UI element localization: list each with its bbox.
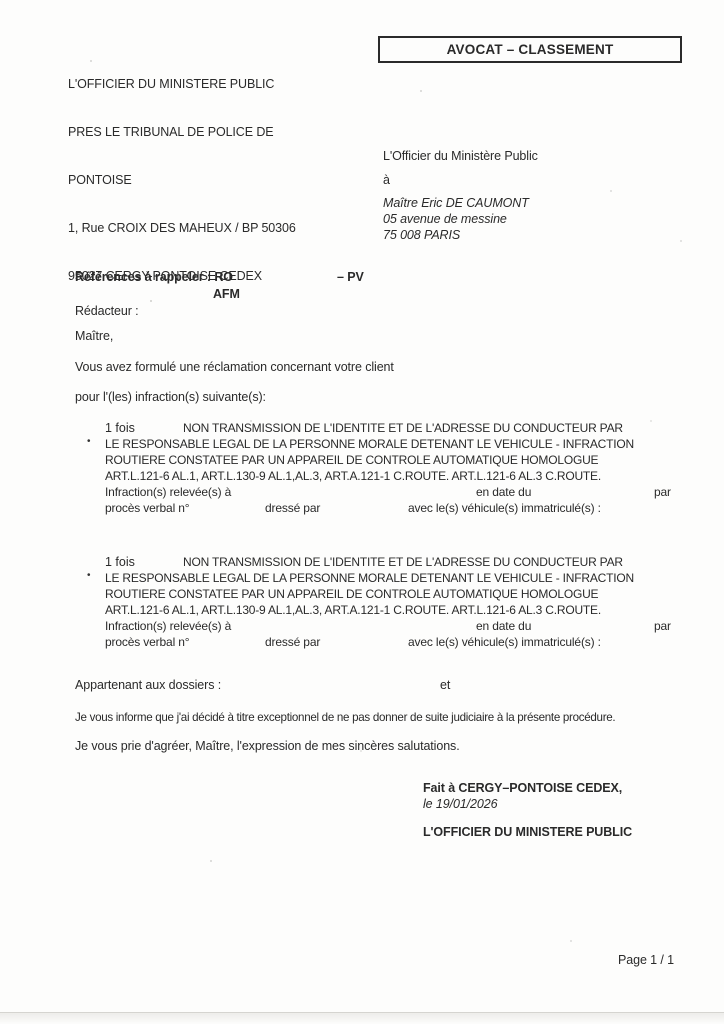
sender-line: PONTOISE xyxy=(68,172,296,188)
dresse-par-label: dressé par xyxy=(265,500,320,516)
infraction-description: NON TRANSMISSION DE L'IDENTITE ET DE L'A… xyxy=(105,420,634,484)
vehicule-label: avec le(s) véhicule(s) immatriculé(s) : xyxy=(408,634,601,650)
dossiers-conjunction: et xyxy=(440,677,450,693)
references-label: Références à rappeler : RO xyxy=(75,269,233,285)
signature-signatory: L'OFFICIER DU MINISTERE PUBLIC xyxy=(423,824,632,840)
infractions-intro-line: pour l'(les) infraction(s) suivante(s): xyxy=(75,389,266,405)
recipient-address-line2: 75 008 PARIS xyxy=(383,227,460,243)
signature-place: Fait à CERGY–PONTOISE CEDEX, xyxy=(423,780,622,796)
releve-label: Infraction(s) relevée(s) à xyxy=(105,484,231,500)
sender-line: L'OFFICIER DU MINISTERE PUBLIC xyxy=(68,76,296,92)
recipient-from-label: L'Officier du Ministère Public xyxy=(383,148,538,164)
recipient-address-line1: 05 avenue de messine xyxy=(383,211,507,227)
recipient-name: Maître Eric DE CAUMONT xyxy=(383,195,529,211)
infraction-description: NON TRANSMISSION DE L'IDENTITE ET DE L'A… xyxy=(105,554,634,618)
par-label: par xyxy=(654,618,671,634)
releve-label: Infraction(s) relevée(s) à xyxy=(105,618,231,634)
par-label: par xyxy=(654,484,671,500)
scan-bottom-edge xyxy=(0,1012,724,1024)
pv-number-label: procès verbal n° xyxy=(105,634,189,650)
signature-date: le 19/01/2026 xyxy=(423,796,497,812)
vehicule-label: avec le(s) véhicule(s) immatriculé(s) : xyxy=(408,500,601,516)
page-indicator: Page 1 / 1 xyxy=(618,952,674,968)
bullet-icon: • xyxy=(87,436,91,447)
salutation: Maître, xyxy=(75,328,113,344)
sender-line: 1, Rue CROIX DES MAHEUX / BP 50306 xyxy=(68,220,296,236)
pv-number-label: procès verbal n° xyxy=(105,500,189,516)
date-label: en date du xyxy=(476,484,531,500)
dossiers-label: Appartenant aux dossiers : xyxy=(75,677,221,693)
intro-line: Vous avez formulé une réclamation concer… xyxy=(75,359,394,375)
dresse-par-label: dressé par xyxy=(265,634,320,650)
document-page: L'OFFICIER DU MINISTERE PUBLIC PRES LE T… xyxy=(0,0,724,1024)
document-classification-box: AVOCAT – CLASSEMENT xyxy=(378,36,682,63)
decision-line: Je vous informe que j'ai décidé à titre … xyxy=(75,710,615,726)
sender-line: PRES LE TRIBUNAL DE POLICE DE xyxy=(68,124,296,140)
bullet-icon: • xyxy=(87,570,91,581)
date-label: en date du xyxy=(476,618,531,634)
references-pv: – PV xyxy=(337,269,364,285)
closing-line: Je vous prie d'agréer, Maître, l'express… xyxy=(75,738,460,754)
redacteur-label: Rédacteur : xyxy=(75,303,139,319)
references-line2: AFM xyxy=(213,286,240,302)
recipient-to-prefix: à xyxy=(383,172,390,188)
document-classification-title: AVOCAT – CLASSEMENT xyxy=(447,42,614,57)
